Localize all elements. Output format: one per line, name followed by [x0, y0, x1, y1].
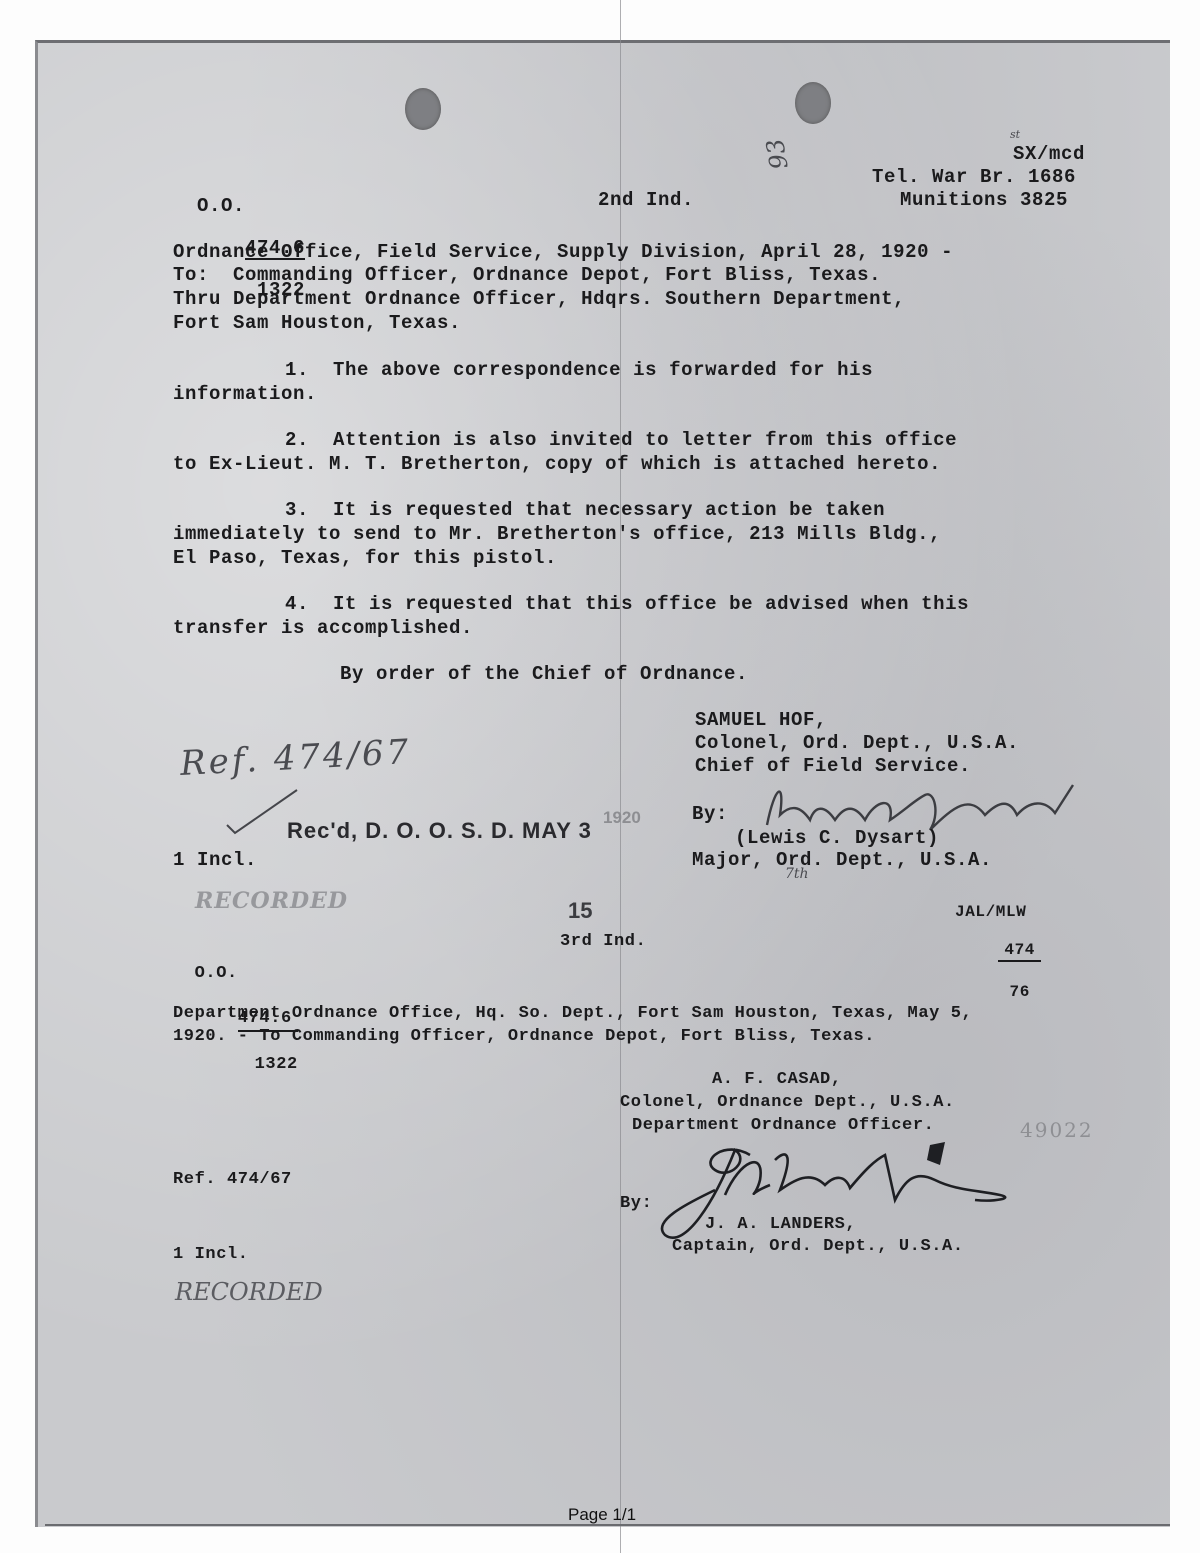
recorded-stamp: RECORDED [195, 888, 348, 914]
by-label: By: [692, 802, 728, 826]
address-3rd-line-1: Department Ordnance Office, Hq. So. Dept… [173, 1002, 972, 1026]
pencil-number: 49022 [1020, 1118, 1094, 1142]
signer-typed-name-3rd: J. A. LANDERS, [705, 1213, 856, 1237]
paragraph-2-rest: to Ex-Lieut. M. T. Bretherton, copy of w… [173, 452, 941, 476]
signatory-rank: Colonel, Ord. Dept., U.S.A. [695, 731, 1019, 755]
received-stamp-year: 1920 [603, 808, 641, 828]
munitions-line: Munitions 3825 [900, 188, 1068, 212]
handwritten-page-number: 93 [761, 137, 794, 172]
address-line-3: Thru Department Ordnance Officer, Hdqrs.… [173, 287, 905, 311]
initials-mark: 7th [785, 866, 809, 882]
paragraph-1-first-line: 1. The above correspondence is forwarded… [285, 358, 873, 382]
ref-numerator: 474 [998, 940, 1041, 962]
paragraph-3-first-line: 3. It is requested that necessary action… [285, 498, 885, 522]
initials-annotation: st [1010, 128, 1020, 141]
signatory-rank-3rd: Colonel, Ordnance Dept., U.S.A. [620, 1091, 955, 1115]
indorsement-heading-3rd: 3rd Ind. [560, 930, 646, 954]
ref-fraction-3rd: 474 76 [978, 920, 1041, 1002]
file-ref-denominator: 1322 [255, 1055, 298, 1074]
received-stamp: Rec'd, D. O. O. S. D. MAY 3 [287, 818, 592, 844]
authority-line: By order of the Chief of Ordnance. [340, 662, 748, 686]
address-line-4: Fort Sam Houston, Texas. [173, 311, 461, 335]
paragraph-2-first-line: 2. Attention is also invited to letter f… [285, 428, 957, 452]
scan-fold-line [620, 0, 621, 1553]
address-3rd-line-2: 1920. - To Commanding Officer, Ordnance … [173, 1025, 875, 1049]
paragraph-4-rest: transfer is accomplished. [173, 616, 473, 640]
signatory-name: SAMUEL HOF, [695, 708, 827, 732]
signer-typed-rank-3rd: Captain, Ord. Dept., U.S.A. [672, 1235, 964, 1259]
telephone-line: Tel. War Br. 1686 [872, 165, 1076, 189]
ref-denominator: 76 [1010, 983, 1030, 1001]
address-line-2: To: Commanding Officer, Ordnance Depot, … [173, 263, 881, 287]
page-number: Page 1/1 [568, 1505, 636, 1525]
paragraph-1-rest: information. [173, 382, 317, 406]
signatory-title-3rd: Department Ordnance Officer. [632, 1114, 934, 1138]
signatory-name-3rd: A. F. CASAD, [712, 1068, 842, 1092]
paragraph-3-rest: immediately to send to Mr. Bretherton's … [173, 522, 941, 570]
stamp-number: 15 [568, 898, 592, 924]
typist-initials: SX/mcd [1013, 142, 1085, 166]
punch-hole-left [405, 88, 441, 130]
by-label-3rd: By: [620, 1192, 652, 1216]
enclosure-count-3rd: 1 Incl. [173, 1243, 249, 1267]
reference-3rd: Ref. 474/67 [173, 1168, 292, 1192]
file-ref-prefix: O.O. [195, 964, 238, 983]
address-line-1: Ordnance Office, Field Service, Supply D… [173, 240, 953, 264]
file-ref-prefix: O.O. [197, 195, 245, 217]
indorsement-heading: 2nd Ind. [598, 188, 694, 212]
punch-hole-right [795, 82, 831, 124]
signer-typed-name: (Lewis C. Dysart) [735, 826, 939, 850]
paragraph-4-first-line: 4. It is requested that this office be a… [285, 592, 969, 616]
recorded-stamp-3rd: RECORDED [175, 1278, 323, 1306]
signer-typed-rank: Major, Ord. Dept., U.S.A. [692, 848, 992, 872]
enclosure-count: 1 Incl. [173, 848, 257, 872]
